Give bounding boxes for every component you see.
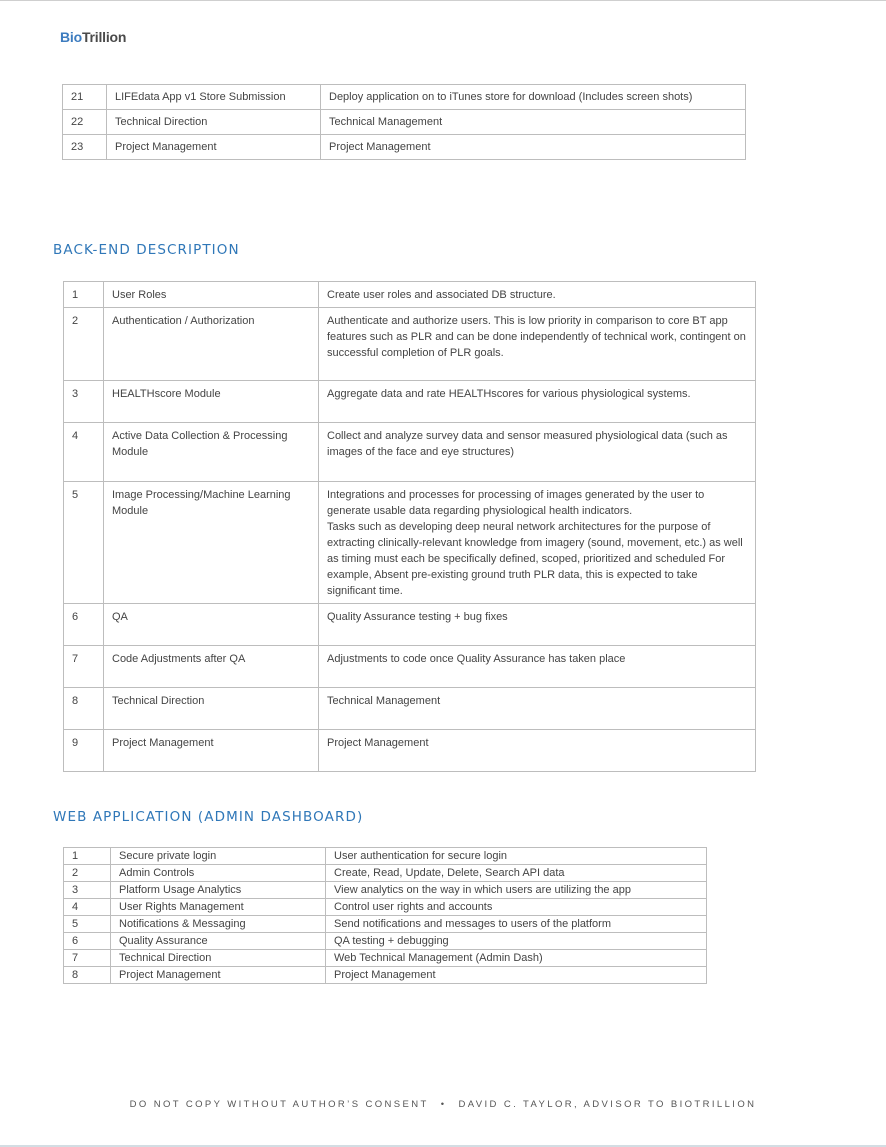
row-description: Project Management [326,967,707,984]
row-description: Integrations and processes for processin… [319,482,756,604]
footer-copyright-notice: DO NOT COPY WITHOUT AUTHOR’S CONSENT [130,1099,429,1110]
row-description: Control user rights and accounts [326,899,707,916]
row-number: 9 [64,730,104,772]
row-description: Project Management [321,135,746,160]
row-description: Technical Management [319,688,756,730]
row-description: Create user roles and associated DB stru… [319,282,756,308]
row-description: View analytics on the way in which users… [326,882,707,899]
logo-bio: Bio [60,29,82,45]
row-item: HEALTHscore Module [104,381,319,423]
row-description: Send notifications and messages to users… [326,916,707,933]
backend-table: 1 User Roles Create user roles and assoc… [63,281,756,772]
row-description: Adjustments to code once Quality Assuran… [319,646,756,688]
table-row: 7 Technical Direction Web Technical Mana… [64,950,707,967]
row-description: Authenticate and authorize users. This i… [319,308,756,381]
table-row: 22 Technical Direction Technical Managem… [63,110,746,135]
row-item: User Rights Management [111,899,326,916]
row-item: Authentication / Authorization [104,308,319,381]
table-row: 8 Project Management Project Management [64,967,707,984]
row-number: 4 [64,423,104,482]
table-row: 2 Admin Controls Create, Read, Update, D… [64,865,707,882]
row-item: Technical Direction [111,950,326,967]
row-number: 2 [64,308,104,381]
row-number: 1 [64,848,111,865]
row-description: Technical Management [321,110,746,135]
table-row: 4 Active Data Collection & Processing Mo… [64,423,756,482]
table-row: 6 QA Quality Assurance testing + bug fix… [64,604,756,646]
row-description: Collect and analyze survey data and sens… [319,423,756,482]
row-number: 21 [63,85,107,110]
row-description: Create, Read, Update, Delete, Search API… [326,865,707,882]
row-number: 6 [64,604,104,646]
table-row: 9 Project Management Project Management [64,730,756,772]
row-number: 5 [64,482,104,604]
table-row: 1 User Roles Create user roles and assoc… [64,282,756,308]
row-item: Technical Direction [104,688,319,730]
row-item: Project Management [104,730,319,772]
row-number: 23 [63,135,107,160]
row-item: User Roles [104,282,319,308]
table-row: 3 Platform Usage Analytics View analytic… [64,882,707,899]
row-item: QA [104,604,319,646]
top-rule [0,0,886,1]
biotrillion-logo: BioTrillion [60,29,126,45]
row-description-part-1: Integrations and processes for processin… [327,487,747,519]
row-item: Active Data Collection & Processing Modu… [104,423,319,482]
table-row: 23 Project Management Project Management [63,135,746,160]
row-number: 7 [64,950,111,967]
row-description-part-2: Tasks such as developing deep neural net… [327,519,747,599]
row-number: 8 [64,688,104,730]
table-row: 7 Code Adjustments after QA Adjustments … [64,646,756,688]
row-number: 2 [64,865,111,882]
row-description: Quality Assurance testing + bug fixes [319,604,756,646]
table-row: 5 Notifications & Messaging Send notific… [64,916,707,933]
row-item: Project Management [107,135,321,160]
row-item: Technical Direction [107,110,321,135]
row-item: Project Management [111,967,326,984]
row-number: 7 [64,646,104,688]
row-item: Quality Assurance [111,933,326,950]
row-description: Project Management [319,730,756,772]
row-number: 1 [64,282,104,308]
row-description: Deploy application on to iTunes store fo… [321,85,746,110]
backend-heading: BACK-END DESCRIPTION [53,242,240,258]
row-description: User authentication for secure login [326,848,707,865]
footer-author: DAVID C. TAYLOR, ADVISOR TO BIOTRILLION [458,1099,756,1110]
row-number: 3 [64,381,104,423]
row-number: 6 [64,933,111,950]
row-number: 4 [64,899,111,916]
row-item: Secure private login [111,848,326,865]
row-description: Aggregate data and rate HEALTHscores for… [319,381,756,423]
footer-bullet: • [441,1099,447,1110]
table-row: 3 HEALTHscore Module Aggregate data and … [64,381,756,423]
row-item: Notifications & Messaging [111,916,326,933]
row-item: Image Processing/Machine Learning Module [104,482,319,604]
logo-trillion: Trillion [82,29,126,45]
row-description: Web Technical Management (Admin Dash) [326,950,707,967]
table-row: 6 Quality Assurance QA testing + debuggi… [64,933,707,950]
table-row: 4 User Rights Management Control user ri… [64,899,707,916]
row-number: 5 [64,916,111,933]
row-item: Code Adjustments after QA [104,646,319,688]
table-row: 5 Image Processing/Machine Learning Modu… [64,482,756,604]
row-item: LIFEdata App v1 Store Submission [107,85,321,110]
row-number: 8 [64,967,111,984]
table-row: 2 Authentication / Authorization Authent… [64,308,756,381]
row-number: 22 [63,110,107,135]
table-row: 21 LIFEdata App v1 Store Submission Depl… [63,85,746,110]
table-row: 1 Secure private login User authenticati… [64,848,707,865]
page-footer: DO NOT COPY WITHOUT AUTHOR’S CONSENT•DAV… [0,1099,886,1110]
table-row: 8 Technical Direction Technical Manageme… [64,688,756,730]
web-app-table: 1 Secure private login User authenticati… [63,847,707,984]
continued-task-table: 21 LIFEdata App v1 Store Submission Depl… [62,84,746,160]
row-description: QA testing + debugging [326,933,707,950]
row-item: Platform Usage Analytics [111,882,326,899]
row-item: Admin Controls [111,865,326,882]
web-app-heading: WEB APPLICATION (ADMIN DASHBOARD) [53,809,363,825]
row-number: 3 [64,882,111,899]
